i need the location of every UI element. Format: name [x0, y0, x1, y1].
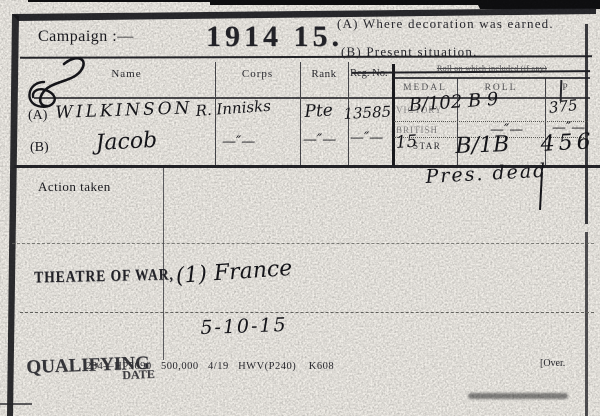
campaign-label: Campaign :— — [38, 28, 134, 46]
row-b-corps-ditto: —″— — [222, 134, 255, 150]
medal-star-prefix-entry: 15 — [395, 131, 418, 152]
campaign-year-stamp: 1914 15. — [206, 20, 343, 54]
row-a-rank-entry: Pte — [304, 101, 333, 122]
bottom-left-mark — [0, 403, 32, 405]
scan-smudge — [468, 393, 568, 399]
medal-star-page-entry: 456 — [540, 129, 595, 157]
medal-box-left-edge — [392, 64, 395, 165]
column-header-page: P — [546, 83, 586, 93]
column-header-corps: Corps — [215, 68, 300, 80]
action-taken-label: Action taken — [38, 179, 111, 195]
card-left-border — [7, 14, 19, 416]
action-section-divider — [12, 243, 594, 244]
medal-star-roll-entry: B/1B — [455, 132, 510, 159]
column-header-rank: Rank — [300, 68, 348, 80]
table-header-underline — [34, 97, 590, 99]
medal-victory-page-entry: 375 — [548, 96, 578, 117]
note-present-situation: (B) Present situation. — [341, 44, 478, 60]
row-b-regno-ditto: —″— — [350, 130, 383, 146]
row-b-prefix: (B) — [30, 140, 49, 156]
qualifying-date-entry: 5-10-15 — [200, 314, 288, 339]
theatre-of-war-stamp: THEATRE OF WAR, — [34, 265, 174, 287]
medal-box-header-underline — [393, 77, 590, 79]
row-b-name-entry: Jacob — [95, 128, 158, 156]
scan-top-strip — [28, 0, 600, 9]
theatre-section-divider — [20, 312, 594, 313]
row-b-rank-ditto: —″— — [303, 132, 336, 148]
left-label-column-divider — [163, 168, 164, 360]
column-header-roll-included: Roll on which included (if any) — [394, 64, 590, 73]
column-header-regno: Reg. No. — [350, 68, 388, 79]
over-note: [Over. — [540, 358, 565, 369]
card-right-border-upper — [585, 24, 588, 224]
medal-index-card-scan: Campaign :— 1914 15. (A) Where decoratio… — [0, 0, 600, 416]
row-a-regno-entry: 13585 — [343, 103, 392, 123]
note-where-earned: (A) Where decoration was earned. — [337, 16, 554, 32]
printer-reference-line: 234—HP5690 500,000 4/19 HWV(P240) K608 — [86, 361, 334, 372]
card-right-border-lower — [585, 232, 588, 416]
